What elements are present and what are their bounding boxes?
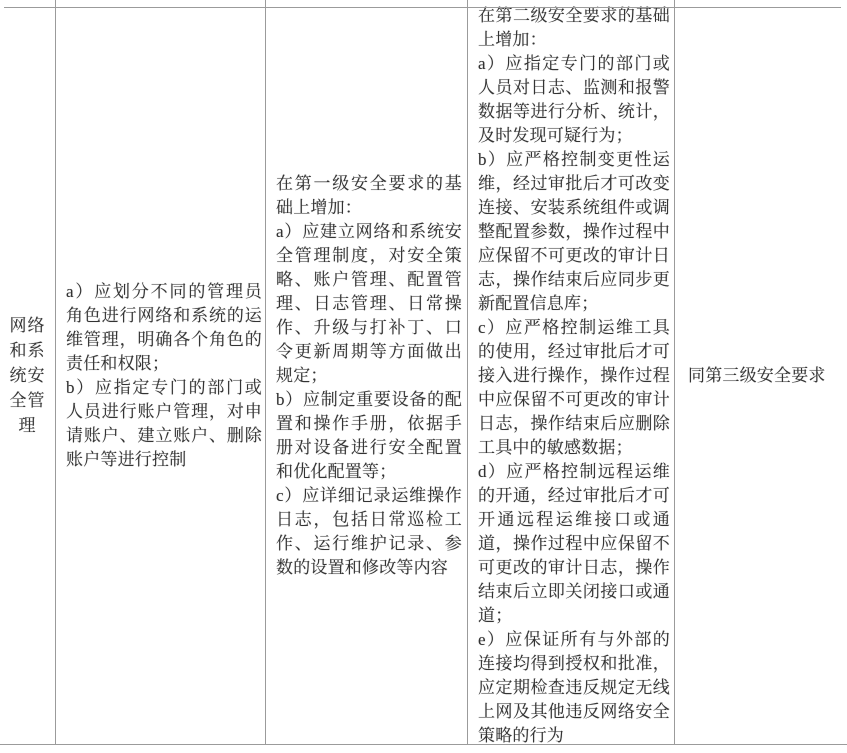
level1-requirements-text: a）应划分不同的管理员角色进行网络和系统的运维管理，明确各个角色的责任和权限； … — [66, 280, 262, 472]
category-label-line: 理 — [10, 413, 46, 438]
requirement-item-e: e）应保证所有与外部的连接均得到授权和批准，应定期检查违反规定无线上网及其他违反… — [478, 628, 670, 748]
requirement-item-c: c）应详细记录运维操作日志，包括日常巡检工作、运行维护记录、参数的设置和修改等内… — [276, 484, 462, 580]
requirement-item-a: a）应建立网络和系统安全管理制度，对安全策略、账户管理、配置管理、日志管理、日常… — [276, 220, 462, 388]
category-label-line: 统安 — [10, 363, 46, 388]
cell-level2-requirements: 在第一级安全要求的基础上增加： a）应建立网络和系统安全管理制度，对安全策略、账… — [266, 0, 468, 744]
cell-category: 网络 和系 统安 全管 理 — [0, 0, 56, 744]
level3-requirements-text: 在第二级安全要求的基础上增加： a）应指定专门的部门或人员对日志、监测和报警数据… — [478, 4, 670, 748]
cell-level1-requirements: a）应划分不同的管理员角色进行网络和系统的运维管理，明确各个角色的责任和权限； … — [56, 0, 266, 744]
requirement-item-c: c）应严格控制运维工具的使用，经过审批后才可接入进行操作，操作过程中应保留不可更… — [478, 316, 670, 460]
cell-level3-requirements: 在第二级安全要求的基础上增加： a）应指定专门的部门或人员对日志、监测和报警数据… — [468, 0, 675, 744]
security-requirements-table-row: 网络 和系 统安 全管 理 a）应划分不同的管理员角色进行网络和系统的运维管理，… — [0, 0, 847, 745]
requirement-item-b: b）应严格控制变更性运维，经过审批后才可改变连接、安装系统组件或调整配置参数，操… — [478, 148, 670, 316]
category-label: 网络 和系 统安 全管 理 — [10, 313, 46, 438]
level3-intro: 在第二级安全要求的基础上增加： — [478, 4, 670, 52]
scanned-document-page: 网络 和系 统安 全管 理 a）应划分不同的管理员角色进行网络和系统的运维管理，… — [0, 0, 847, 753]
category-label-line: 全管 — [10, 388, 46, 413]
category-label-line: 网络 — [10, 313, 46, 338]
level2-requirements-text: 在第一级安全要求的基础上增加： a）应建立网络和系统安全管理制度，对安全策略、账… — [276, 172, 462, 580]
level2-intro: 在第一级安全要求的基础上增加： — [276, 172, 462, 220]
requirement-item-d: d）应严格控制远程运维的开通，经过审批后才可开通远程运维接口或通道，操作过程中应… — [478, 460, 670, 628]
requirement-item-a: a）应划分不同的管理员角色进行网络和系统的运维管理，明确各个角色的责任和权限； — [66, 280, 262, 376]
category-label-line: 和系 — [10, 338, 46, 363]
level4-same-as-level3-text: 同第三级安全要求 — [688, 364, 847, 388]
cell-level4-requirements: 同第三级安全要求 — [675, 0, 847, 744]
requirement-item-b: b）应指定专门的部门或人员进行账户管理，对申请账户、建立账户、删除账户等进行控制 — [66, 376, 262, 472]
requirement-item-b: b）应制定重要设备的配置和操作手册，依据手册对设备进行安全配置和优化配置等； — [276, 388, 462, 484]
table-row-top-border — [4, 7, 841, 8]
requirement-item-a: a）应指定专门的部门或人员对日志、监测和报警数据等进行分析、统计，及时发现可疑行… — [478, 52, 670, 148]
